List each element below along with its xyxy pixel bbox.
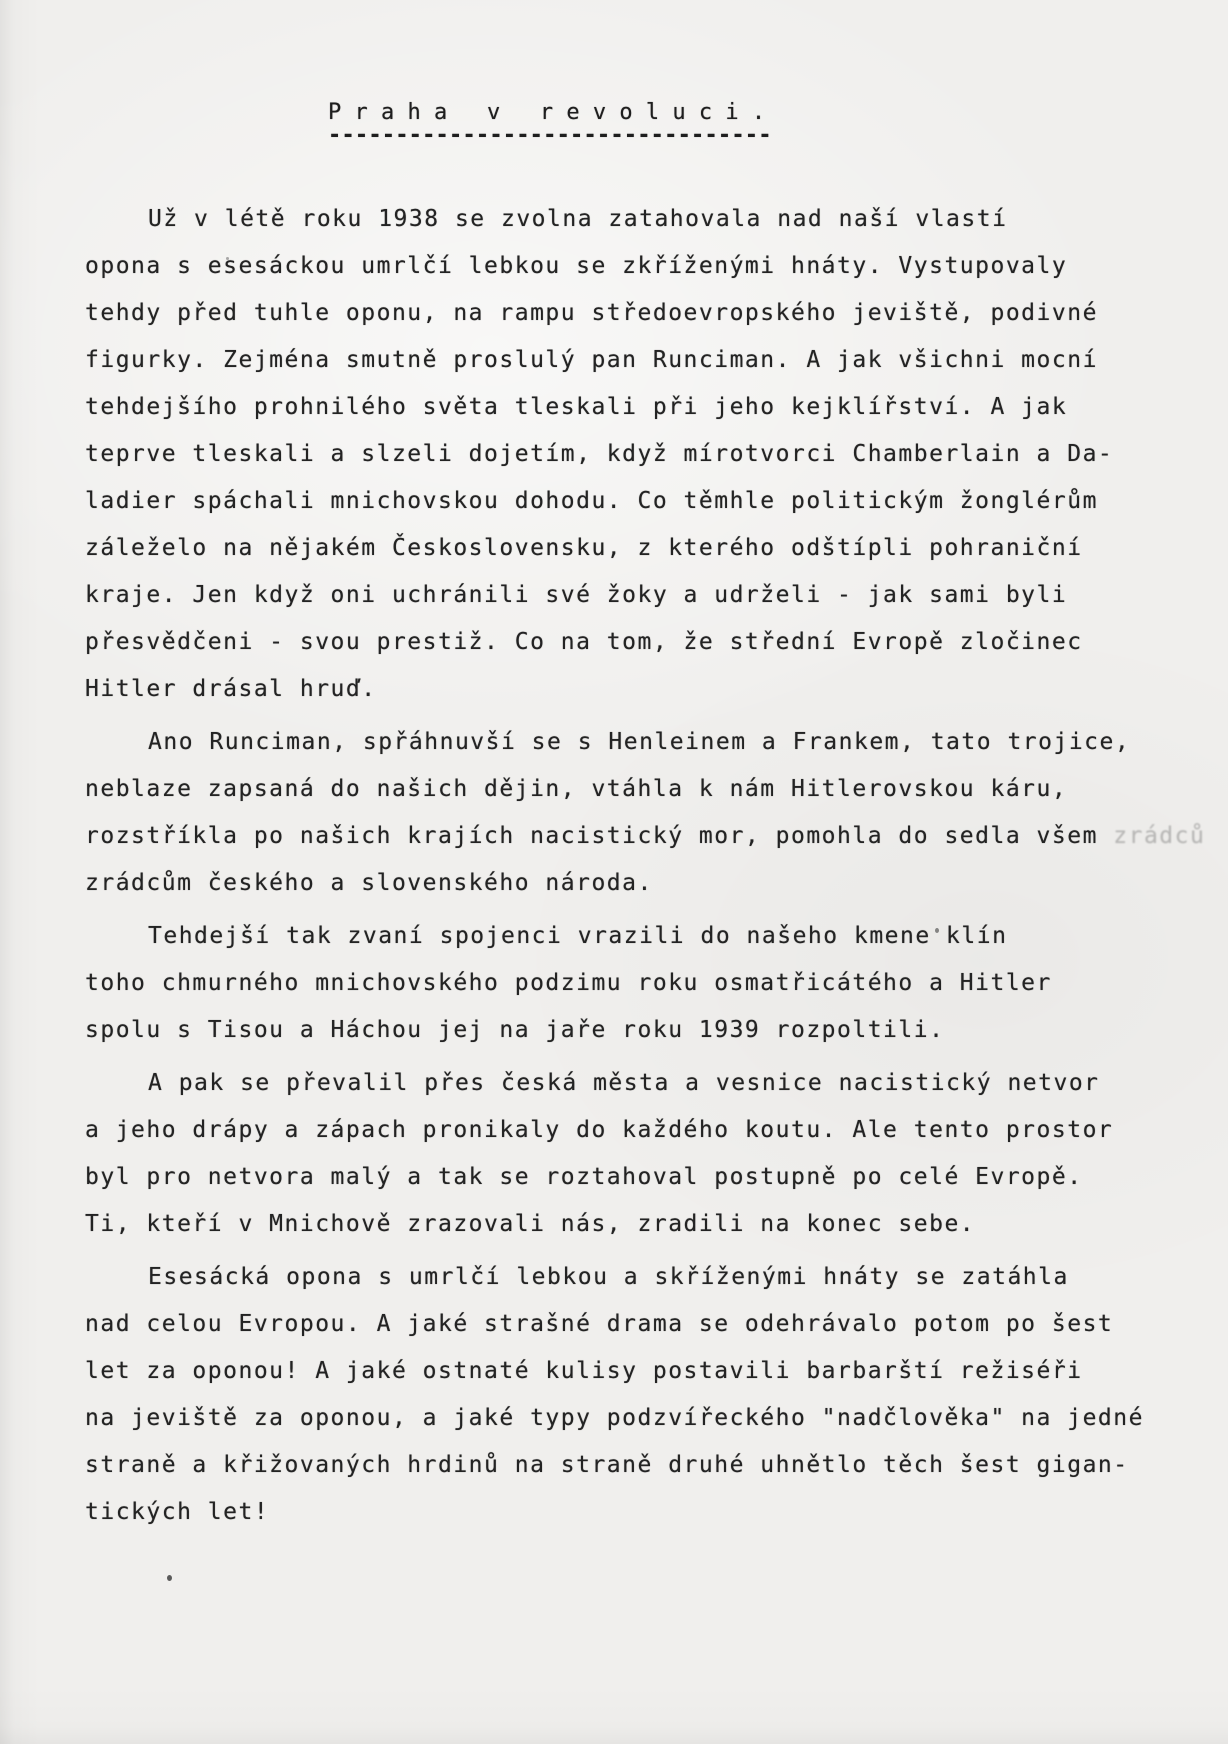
text-line: let za oponou! A jaké ostnaté kulisy pos… <box>85 1348 1185 1395</box>
paragraph: Esesácká opona s umrlčí lebkou a skřížen… <box>85 1254 1185 1536</box>
text-line: Tehdejší tak zvaní spojenci vrazili do n… <box>85 913 1185 960</box>
text-line: rozstříkla po našich krajích nacistický … <box>85 813 1185 860</box>
paragraph: Ano Runciman, spřáhnuvší se s Henleinem … <box>85 719 1185 907</box>
text-line: a jeho drápy a zápach pronikaly do každé… <box>85 1107 1185 1154</box>
text-line: straně a křižovaných hrdinů na straně dr… <box>85 1442 1185 1489</box>
text-line: neblaze zapsaná do našich dějin, vtáhla … <box>85 766 1185 813</box>
text-line: tehdy před tuhle oponu, na rampu středoe… <box>85 290 1185 337</box>
ink-speck <box>167 1575 172 1581</box>
text-line: spolu s Tisou a Háchou jej na jaře roku … <box>85 1007 1185 1054</box>
text-line: tehdejšího prohnilého světa tleskali při… <box>85 384 1185 431</box>
text-line: toho chmurného mnichovského podzimu roku… <box>85 960 1185 1007</box>
title-underline: --------------------------------- <box>328 123 772 148</box>
text-line: tických let! <box>85 1489 1185 1536</box>
document-title-block: P r a h a v r e v o l u c i . ----------… <box>328 100 772 148</box>
paragraph: A pak se převalil přes česká města a ves… <box>85 1060 1185 1248</box>
text-line: kraje. Jen když oni uchránili své žoky a… <box>85 572 1185 619</box>
text-line: záleželo na nějakém Československu, z kt… <box>85 525 1185 572</box>
document-title: P r a h a v r e v o l u c i . <box>328 100 772 125</box>
scanned-document-page: P r a h a v r e v o l u c i . ----------… <box>0 0 1228 1744</box>
text-line: ladier spáchali mnichovskou dohodu. Co t… <box>85 478 1185 525</box>
text-line: Ti, kteří v Mnichově zrazovali nás, zrad… <box>85 1201 1185 1248</box>
text-line: A pak se převalil přes česká města a ves… <box>85 1060 1185 1107</box>
ink-speck <box>935 928 939 933</box>
paragraph: Už v létě roku 1938 se zvolna zatahovala… <box>85 196 1185 713</box>
text-line: Hitler drásal hruď. <box>85 666 1185 713</box>
text-line: zrádcům českého a slovenského národa. <box>85 860 1185 907</box>
erased-faded-word: zrádců <box>1098 823 1205 849</box>
text-line: přesvědčeni - svou prestiž. Co na tom, ž… <box>85 619 1185 666</box>
text-line: Esesácká opona s umrlčí lebkou a skřížen… <box>85 1254 1185 1301</box>
text-line: opona s esesáckou umrlčí lebkou se zkříž… <box>85 243 1185 290</box>
text-line: figurky. Zejména smutně proslulý pan Run… <box>85 337 1185 384</box>
text-line: na jeviště za oponou, a jaké typy podzví… <box>85 1395 1185 1442</box>
paragraph: Tehdejší tak zvaní spojenci vrazili do n… <box>85 913 1185 1054</box>
text-line: Ano Runciman, spřáhnuvší se s Henleinem … <box>85 719 1185 766</box>
text-line: byl pro netvora malý a tak se roztahoval… <box>85 1154 1185 1201</box>
text-line: Už v létě roku 1938 se zvolna zatahovala… <box>85 196 1185 243</box>
text-line: teprve tleskali a slzeli dojetím, když m… <box>85 431 1185 478</box>
ink-speck <box>226 257 229 260</box>
document-body: Už v létě roku 1938 se zvolna zatahovala… <box>85 196 1185 1542</box>
text-line: nad celou Evropou. A jaké strašné drama … <box>85 1301 1185 1348</box>
